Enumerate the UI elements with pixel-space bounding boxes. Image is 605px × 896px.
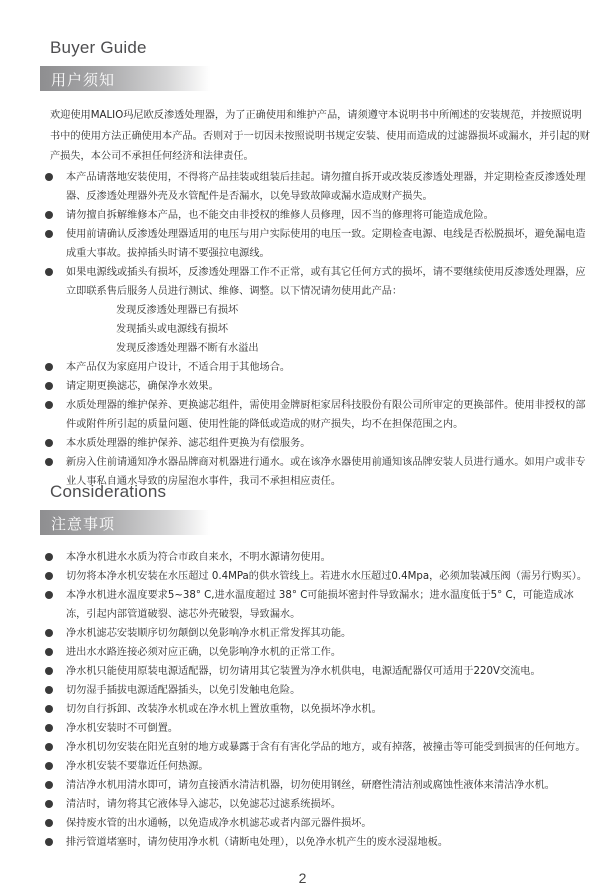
bullet-icon <box>45 648 53 656</box>
list-item: 净水机安装不要靠近任何热源。 <box>45 757 590 776</box>
bullet-icon <box>45 724 53 732</box>
bullet-icon <box>45 382 53 390</box>
bullet-icon <box>45 591 53 599</box>
buyer-guide-banner-title: 用户须知 <box>51 69 115 90</box>
list-item: 如果电源线或插头有损坏，反渗透处理器工作不正常，或有其它任何方式的损坏，请不要继… <box>45 263 590 358</box>
sub-item: 发现反渗透处理器已有损坏 <box>66 301 590 320</box>
list-item: 净水机安装时不可倒置。 <box>45 719 590 738</box>
bullet-icon <box>45 230 53 238</box>
sub-item: 发现反渗透处理器不断有水溢出 <box>66 339 590 358</box>
bullet-icon <box>45 667 53 675</box>
list-item: 进出水水路连接必须对应正确，以免影响净水机的正常工作。 <box>45 643 590 662</box>
list-item: 请勿擅自拆解维修本产品，也不能交由非授权的维修人员修理，因不当的修理将可能造成危… <box>45 206 590 225</box>
list-item: 切勿湿手插拔电源适配器插头，以免引发触电危险。 <box>45 681 590 700</box>
considerations-heading: Considerations <box>50 482 166 502</box>
list-item: 排污管道堵塞时，请勿使用净水机（请断电处理），以免净水机产生的废水浸湿地板。 <box>45 833 590 852</box>
bullet-icon <box>45 572 53 580</box>
list-item: 本产品请落地安装使用，不得将产品挂装或组装后挂起。请勿擅自拆开或改装反渗透处理器… <box>45 168 590 206</box>
list-item: 清洁净水机用清水即可，请勿直接洒水清洁机器，切勿使用钢丝，研磨性清洁剂或腐蚀性液… <box>45 776 590 795</box>
bullet-icon <box>45 401 53 409</box>
list-item: 本产品仅为家庭用户设计，不适合用于其他场合。 <box>45 358 590 377</box>
list-item: 切勿将本净水机安装在水压超过 0.4MPa的供水管线上。若进水水压超过0.4Mp… <box>45 567 590 586</box>
bullet-icon <box>45 553 53 561</box>
bullet-icon <box>45 705 53 713</box>
bullet-icon <box>45 458 53 466</box>
bullet-icon <box>45 629 53 637</box>
bullet-icon <box>45 268 53 276</box>
buyer-guide-banner: 用户须知 <box>40 66 210 91</box>
list-item: 使用前请确认反渗透处理器适用的电压与用户实际使用的电压一致。定期检查电源、电线是… <box>45 225 590 263</box>
bullet-icon <box>45 363 53 371</box>
bullet-icon <box>45 211 53 219</box>
list-item: 保持废水管的出水通畅，以免造成净水机滤芯或者内部元器件损坏。 <box>45 814 590 833</box>
bullet-icon <box>45 819 53 827</box>
bullet-icon <box>45 686 53 694</box>
list-item: 本净水机进水水质为符合市政自来水，不明水源请勿使用。 <box>45 548 590 567</box>
intro-paragraph: 欢迎使用MALIO玛尼欧反渗透处理器，为了正确使用和维护产品，请须遵守本说明书中… <box>50 106 590 168</box>
bullet-icon <box>45 781 53 789</box>
bullet-icon <box>45 838 53 846</box>
list-item: 清洁时，请勿将其它液体导入滤芯，以免滤芯过滤系统损坏。 <box>45 795 590 814</box>
considerations-list: 本净水机进水水质为符合市政自来水，不明水源请勿使用。 切勿将本净水机安装在水压超… <box>45 548 590 852</box>
bullet-icon <box>45 743 53 751</box>
list-item: 净水机切勿安装在阳光直射的地方或暴露于含有有害化学品的地方，或有掉落，被撞击等可… <box>45 738 590 757</box>
considerations-banner: 注意事项 <box>40 510 210 535</box>
bullet-icon <box>45 173 53 181</box>
considerations-banner-title: 注意事项 <box>51 513 115 534</box>
bullet-icon <box>45 762 53 770</box>
page-number: 2 <box>0 870 605 886</box>
buyer-guide-list: 本产品请落地安装使用，不得将产品挂装或组装后挂起。请勿擅自拆开或改装反渗透处理器… <box>45 168 590 491</box>
list-item: 水质处理器的维护保养、更换滤芯组件，需使用金牌厨柜家居科技股份有限公司所审定的更… <box>45 396 590 434</box>
buyer-guide-heading: Buyer Guide <box>50 38 147 58</box>
bullet-icon <box>45 800 53 808</box>
list-item: 请定期更换滤芯，确保净水效果。 <box>45 377 590 396</box>
sub-item: 发现插头或电源线有损坏 <box>66 320 590 339</box>
list-item: 净水机只能使用原装电源适配器，切勿请用其它装置为净水机供电，电源适配器仅可适用于… <box>45 662 590 681</box>
list-item: 本净水机进水温度要求5~38° C,进水温度超过 38° C可能损坏密封件导致漏… <box>45 586 590 624</box>
list-item: 本水质处理器的维护保养、滤芯组件更换为有偿服务。 <box>45 434 590 453</box>
bullet-icon <box>45 439 53 447</box>
list-item: 切勿自行拆卸、改装净水机或在净水机上置放重物，以免损坏净水机。 <box>45 700 590 719</box>
list-item: 净水机滤芯安装顺序切勿颠倒以免影响净水机正常发挥其功能。 <box>45 624 590 643</box>
